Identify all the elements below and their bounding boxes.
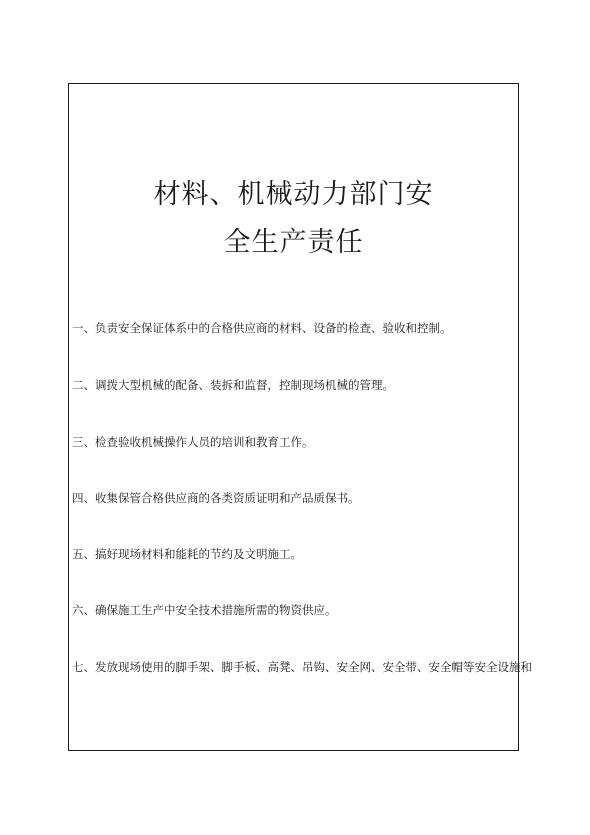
responsibility-item-4: 四、收集保管合格供应商的各类资质证明和产品质保书。 <box>72 490 360 506</box>
responsibility-item-2: 二、调拨大型机械的配备、装拆和监督，控制现场机械的管理。 <box>72 377 394 393</box>
responsibility-item-1: 一、负责安全保证体系中的合格供应商的材料、设备的检查、验收和控制。 <box>72 320 452 336</box>
responsibility-item-6: 六、确保施工生产中安全技术措施所需的物资供应。 <box>72 602 337 618</box>
page-title-line-2: 全生产责任 <box>69 220 518 259</box>
responsibility-item-3: 三、检查验收机械操作人员的培训和教育工作。 <box>72 434 314 450</box>
responsibility-item-7: 七、发放现场使用的脚手架、脚手板、高凳、吊钩、安全网、安全带、安全帽等安全设施和 <box>72 659 532 675</box>
responsibility-item-5: 五、搞好现场材料和能耗的节约及文明施工。 <box>72 546 302 562</box>
page-title-line-1: 材料、机械动力部门安 <box>69 172 518 211</box>
document-frame: 材料、机械动力部门安 全生产责任 一、负责安全保证体系中的合格供应商的材料、设备… <box>68 83 519 751</box>
